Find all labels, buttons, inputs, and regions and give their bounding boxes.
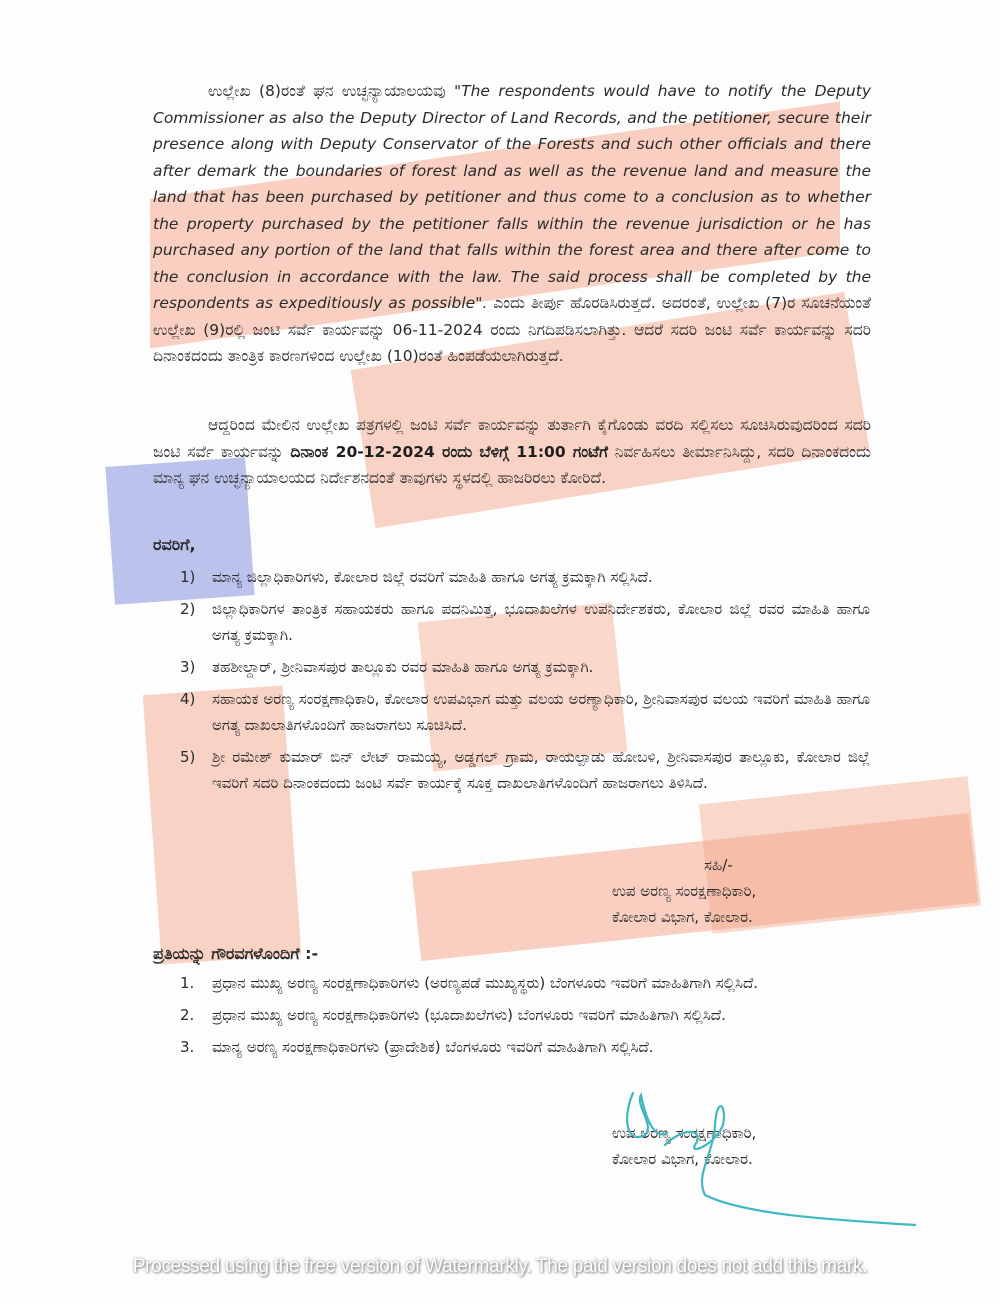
list-item: 3.ಮಾನ್ಯ ಅರಣ್ಯ ಸಂರಕ್ಷಣಾಧಿಕಾರಿಗಳು (ಪ್ರಾದೇಶ… (180, 1034, 870, 1060)
copy-to-heading: ಪ್ರತಿಯನ್ನು ಗೌರವಗಳೊಂದಿಗೆ :- (153, 944, 318, 964)
signatory-office: ಕೋಲಾರ ವಿಭಾಗ, ಕೋಲಾರ. (612, 904, 756, 930)
survey-date-time: ದಿನಾಂಕ 20-12-2024 ರಂದು ಬೆಳಿಗ್ಗೆ 11:00 ಗಂ… (290, 443, 608, 461)
signature-block-signed: ಸಹಿ/- ಉಪ ಅರಣ್ಯ ಸಂರಕ್ಷಣಾಧಿಕಾರಿ, ಕೋಲಾರ ವಿಭ… (612, 852, 756, 930)
signed-mark: ಸಹಿ/- (612, 852, 756, 878)
watermark-text: Processed using the free version of Wate… (0, 1256, 1000, 1278)
signatory-designation: ಉಪ ಅರಣ್ಯ ಸಂರಕ್ಷಣಾಧಿಕಾರಿ, (612, 878, 756, 904)
list-item: 1)ಮಾನ್ಯ ಜಿಲ್ಲಾಧಿಕಾರಿಗಳು, ಕೋಲಾರ ಜಿಲ್ಲೆ ರವ… (180, 564, 870, 590)
list-item: 2.ಪ್ರಧಾನ ಮುಖ್ಯ ಅರಣ್ಯ ಸಂರಕ್ಷಣಾಧಿಕಾರಿಗಳು (… (180, 1002, 870, 1028)
document-page: ಉಲ್ಲೇಖ (8)ರಂತೆ ಘನ ಉಚ್ಛನ್ಯಾಯಾಲಯವು "The re… (0, 0, 1000, 1304)
list-item: 3)ತಹಶೀಲ್ದಾರ್, ಶ್ರೀನಿವಾಸಪುರ ತಾಲ್ಲೂಕು ರವರ … (180, 654, 870, 680)
court-quote: "The respondents would have to notify th… (153, 82, 871, 312)
list-item: 2)ಜಿಲ್ಲಾಧಿಕಾರಿಗಳ ತಾಂತ್ರಿಕ ಸಹಾಯಕರು ಹಾಗೂ ಪ… (180, 596, 870, 648)
para1-lead: ಉಲ್ಲೇಖ (8)ರಂತೆ ಘನ ಉಚ್ಛನ್ಯಾಯಾಲಯವು (208, 82, 446, 100)
list-item: 4)ಸಹಾಯಕ ಅರಣ್ಯ ಸಂರಕ್ಷಣಾಧಿಕಾರಿ, ಕೋಲಾರ ಉಪವಿ… (180, 686, 870, 738)
handwritten-signature (605, 1085, 925, 1235)
recipients-list: 1)ಮಾನ್ಯ ಜಿಲ್ಲಾಧಿಕಾರಿಗಳು, ಕೋಲಾರ ಜಿಲ್ಲೆ ರವ… (180, 564, 870, 802)
list-item: 5)ಶ್ರೀ ರಮೇಶ್ ಕುಮಾರ್ ಬಿನ್ ಲೇಟ್ ರಾಮಯ್ಯ, ಅಡ… (180, 744, 870, 796)
recipients-heading: ರವರಿಗೆ, (153, 535, 196, 555)
copy-to-list: 1.ಪ್ರಧಾನ ಮುಖ್ಯ ಅರಣ್ಯ ಸಂರಕ್ಷಣಾಧಿಕಾರಿಗಳು (… (180, 970, 870, 1066)
paragraph-survey-notice: ಆದ್ದರಿಂದ ಮೇಲಿನ ಉಲ್ಲೇಖ ಪತ್ರಗಳಲ್ಲಿ ಜಂಟಿ ಸರ… (153, 412, 871, 492)
paragraph-court-order: ಉಲ್ಲೇಖ (8)ರಂತೆ ಘನ ಉಚ್ಛನ್ಯಾಯಾಲಯವು "The re… (153, 78, 871, 370)
list-item: 1.ಪ್ರಧಾನ ಮುಖ್ಯ ಅರಣ್ಯ ಸಂರಕ್ಷಣಾಧಿಕಾರಿಗಳು (… (180, 970, 870, 996)
